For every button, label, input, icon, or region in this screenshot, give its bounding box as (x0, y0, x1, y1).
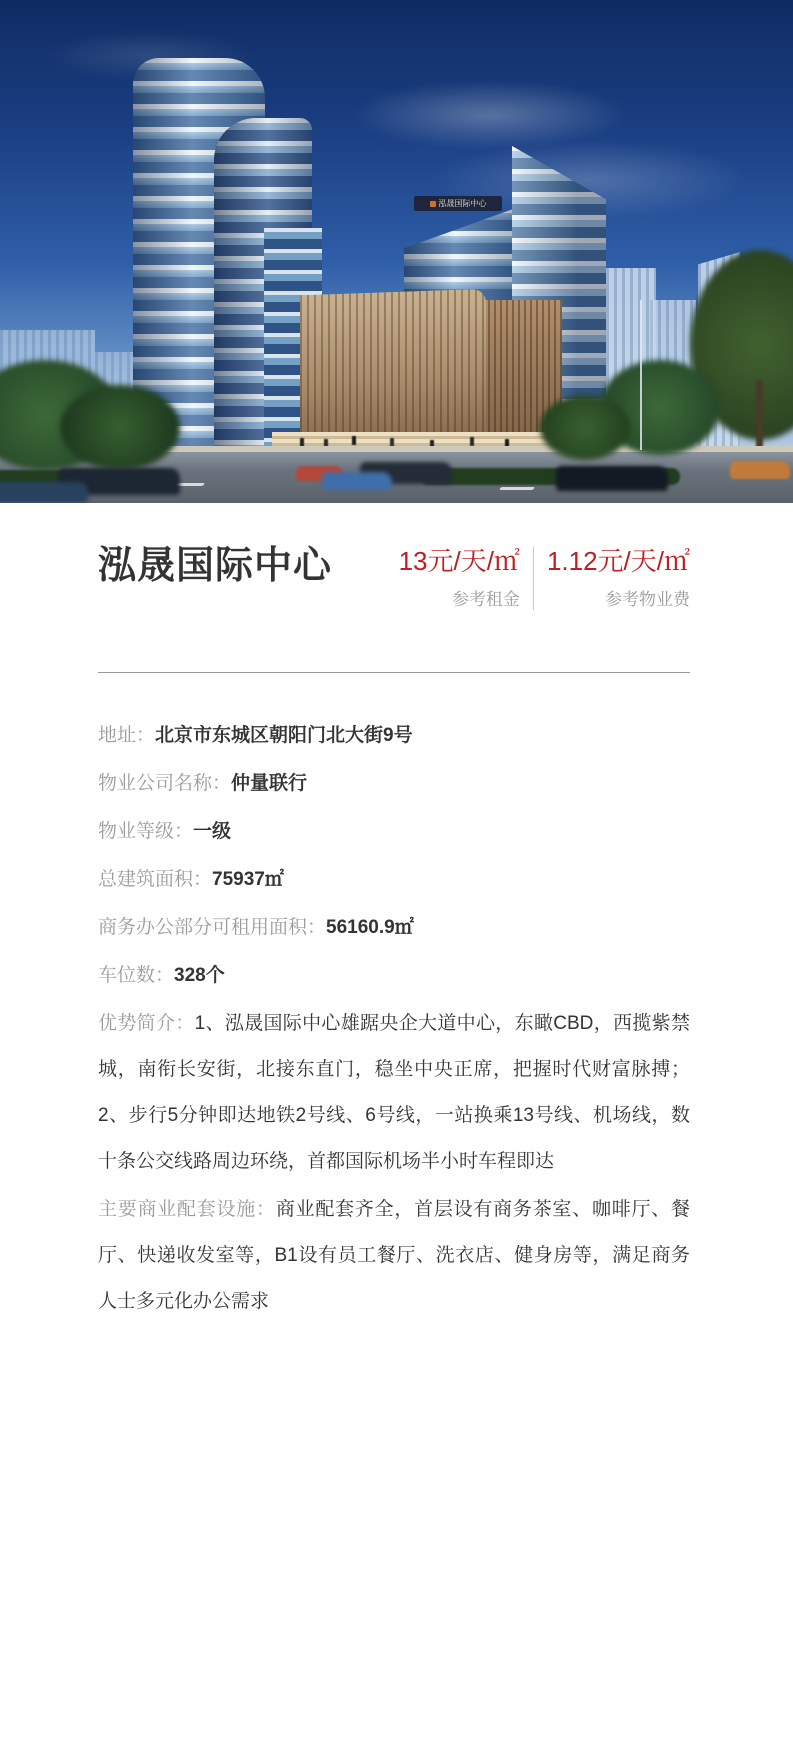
car (556, 466, 668, 491)
detail-row-property-grade: 物业等级：一级 (98, 809, 690, 855)
advantages-value: 1、泓晟国际中心雄踞央企大道中心，东瞰CBD，西揽紫禁城，南衔长安街，北接东直门… (98, 1013, 690, 1172)
detail-row-address: 地址：北京市东城区朝阳门北大街9号 (98, 713, 690, 759)
detail-row-management-company: 物业公司名称：仲量联行 (98, 761, 690, 807)
lane-marking (499, 487, 535, 490)
price-block: 13元/天/㎡ 参考租金 1.12元/天/㎡ 参考物业费 (399, 547, 690, 610)
parking-value: 328个 (174, 965, 225, 986)
amenities-label: 主要商业配套设施： (98, 1199, 276, 1220)
address-value: 北京市东城区朝阳门北大街9号 (155, 725, 413, 746)
property-header: 泓晟国际中心 13元/天/㎡ 参考租金 1.12元/天/㎡ 参考物业费 (98, 543, 690, 610)
building-logo-icon (430, 201, 436, 207)
building-sign: 泓晟国际中心 (414, 196, 502, 211)
section-divider (98, 672, 690, 673)
detail-row-amenities: 主要商业配套设施：商业配套齐全，首层设有商务茶室、咖啡厅、餐厅、快递收发室等，B… (98, 1187, 690, 1325)
detail-row-advantages: 优势简介：1、泓晟国际中心雄踞央企大道中心，东瞰CBD，西揽紫禁城，南衔长安街，… (98, 1001, 690, 1185)
tree (540, 395, 630, 460)
total-area-label: 总建筑面积： (98, 869, 212, 890)
building-sign-text: 泓晟国际中心 (439, 200, 487, 208)
detail-list: 地址：北京市东城区朝阳门北大街9号 物业公司名称：仲量联行 物业等级：一级 总建… (98, 713, 690, 1325)
car-blue (0, 482, 88, 503)
tree (60, 385, 180, 470)
advantages-label: 优势简介： (98, 1013, 195, 1034)
rent-price-value: 13元/天/㎡ (399, 547, 520, 575)
rent-price-label: 参考租金 (399, 585, 520, 610)
page-title: 泓晟国际中心 (98, 543, 332, 589)
property-fee-column: 1.12元/天/㎡ 参考物业费 (533, 547, 690, 610)
detail-row-rentable-area: 商务办公部分可租用面积：56160.9㎡ (98, 905, 690, 951)
rentable-area-label: 商务办公部分可租用面积： (98, 917, 326, 938)
property-grade-label: 物业等级： (98, 821, 193, 842)
management-company-label: 物业公司名称： (98, 773, 231, 794)
detail-row-parking: 车位数：328个 (98, 953, 690, 999)
hero-building-photo: 泓晟国际中心 (0, 0, 793, 503)
property-fee-value: 1.12元/天/㎡ (547, 547, 690, 575)
property-grade-value: 一级 (193, 821, 231, 842)
rentable-area-value: 56160.9㎡ (326, 917, 414, 938)
property-fee-label: 参考物业费 (547, 585, 690, 610)
car-orange (730, 461, 790, 479)
light-pole (640, 300, 642, 450)
parking-label: 车位数： (98, 965, 174, 986)
management-company-value: 仲量联行 (231, 773, 307, 794)
address-label: 地址： (98, 725, 155, 746)
detail-row-total-area: 总建筑面积：75937㎡ (98, 857, 690, 903)
property-detail-panel: 泓晟国际中心 13元/天/㎡ 参考租金 1.12元/天/㎡ 参考物业费 地址：北… (98, 543, 690, 1325)
rent-price-column: 13元/天/㎡ 参考租金 (399, 547, 533, 610)
car-blue (322, 472, 392, 490)
total-area-value: 75937㎡ (212, 869, 284, 890)
